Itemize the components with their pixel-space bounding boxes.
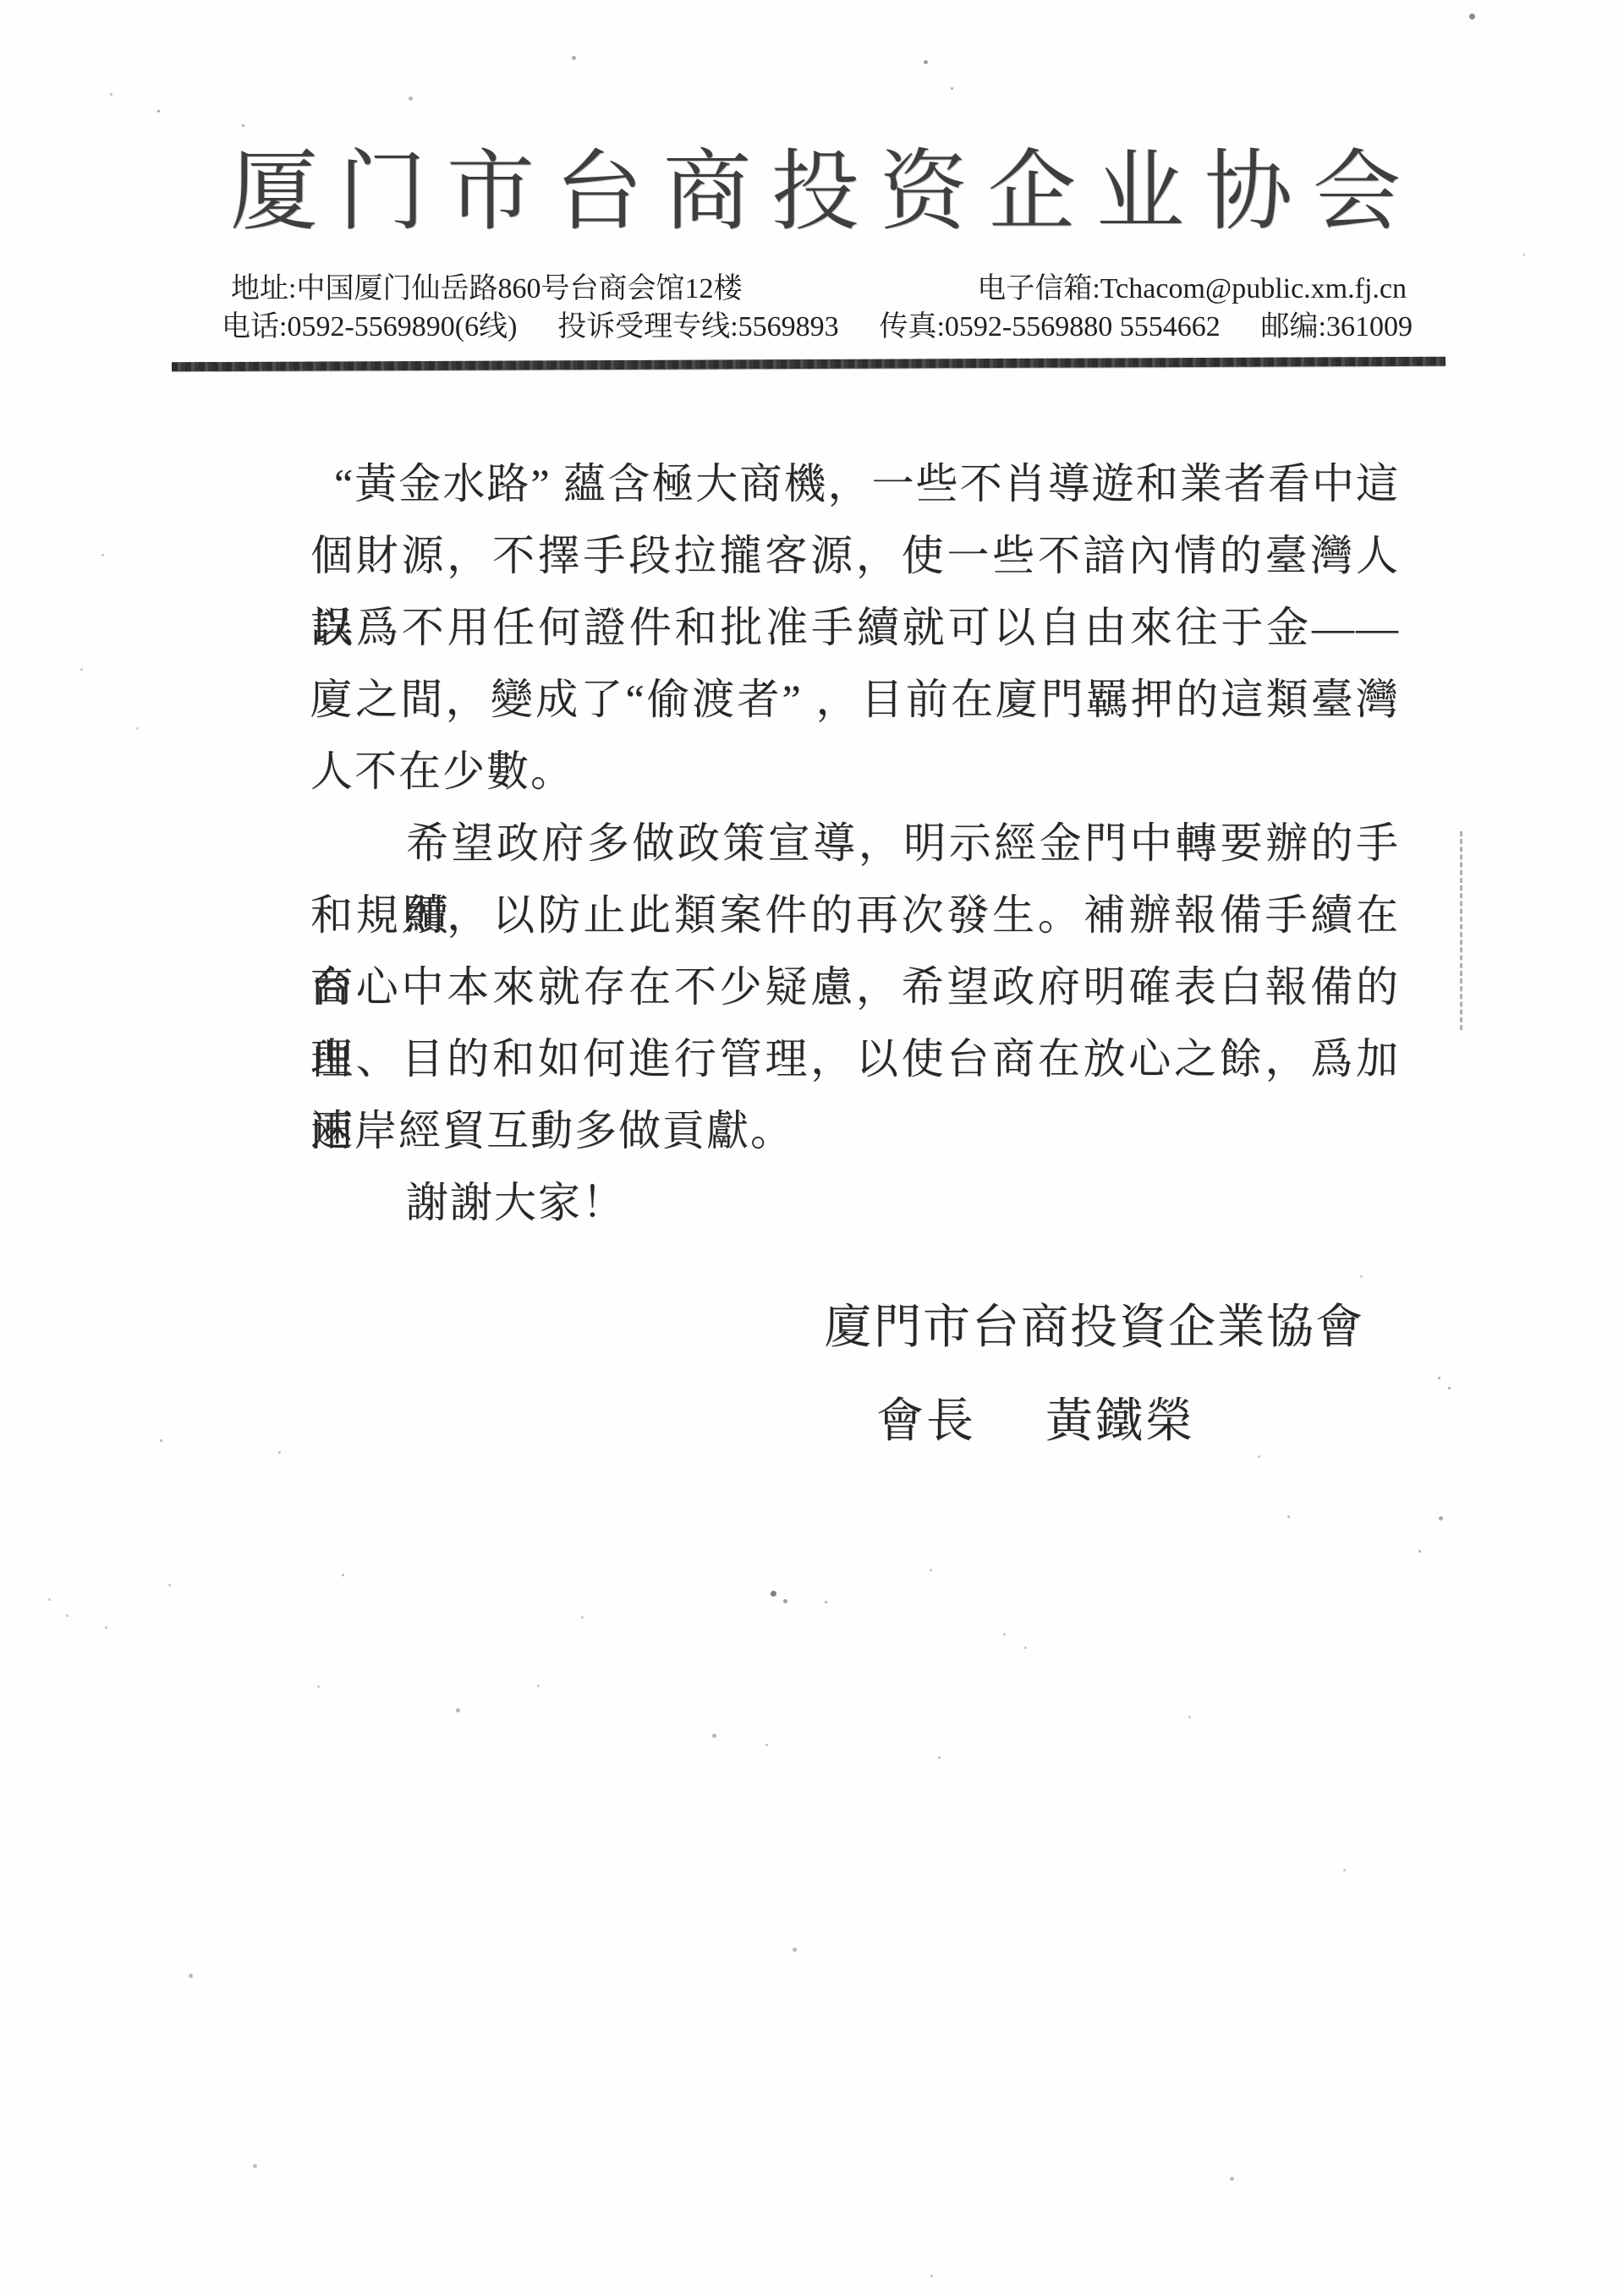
letterhead-phone: 电话:0592-5569890(6线) xyxy=(222,310,517,345)
scanned-letter-page: { "letterhead": { "org_name": "厦门市台商投资企业… xyxy=(0,0,1624,2296)
body-line: 希望政府多做政策宣導，明示經金門中轉要辦的手續 xyxy=(310,808,1400,879)
scan-specks xyxy=(0,0,3,3)
signature-line: 會長黃鐵榮 xyxy=(876,1392,1195,1451)
body-line: “黃金水路” 蘊含極大商機，一些不肖導遊和業者看中這 xyxy=(310,448,1400,520)
letterhead-divider-rule xyxy=(172,357,1446,372)
body-line: 廈之間，變成了“偷渡者” ，目前在廈門羈押的這類臺灣 xyxy=(310,664,1400,736)
letterhead-contact-row-2: 电话:0592-5569890(6线) 投诉受理专线:5569893 传真:05… xyxy=(222,310,1413,345)
body-line: 人不在少數。 xyxy=(310,736,1400,808)
signature-title: 會長 xyxy=(876,1395,976,1448)
letterhead-fax: 传真:0592-5569880 5554662 xyxy=(879,310,1220,345)
body-line: 商心中本來就存在不少疑慮，希望政府明確表白報備的理 xyxy=(310,951,1400,1023)
letterhead-complaint-hotline: 投诉受理专线:5569893 xyxy=(557,310,838,345)
body-line: 以爲不用任何證件和批准手續就可以自由來往于金—— xyxy=(310,592,1400,664)
letterhead-org-title: 厦门市台商投资企业协会 xyxy=(230,142,1431,244)
letter-body: “黃金水路” 蘊含極大商機，一些不肖導遊和業者看中這 個財源，不擇手段拉攏客源，… xyxy=(310,448,1400,1239)
body-line: 由、目的和如何進行管理，以使台商在放心之餘，爲加速 xyxy=(310,1023,1400,1095)
body-line: 和規則，以防止此類案件的再次發生。補辦報備手續在台 xyxy=(310,879,1400,951)
letterhead-address: 地址:中国厦门仙岳路860号台商会馆12楼 xyxy=(231,272,742,306)
signature-org: 廈門市台商投資企業協會 xyxy=(825,1298,1364,1357)
letterhead-email: 电子信箱:Tchacom@public.xm.fj.cn xyxy=(977,272,1407,306)
letterhead-postcode: 邮编:361009 xyxy=(1261,310,1413,345)
letterhead-contact-row-1: 地址:中国厦门仙岳路860号台商会馆12楼 电子信箱:Tchacom@publi… xyxy=(231,272,1407,306)
body-line: 兩岸經貿互動多做貢獻。 xyxy=(310,1095,1400,1167)
scan-dashed-artifact xyxy=(1460,831,1462,1030)
body-line: 謝謝大家！ xyxy=(310,1167,1400,1239)
body-line: 個財源，不擇手段拉攏客源，使一些不諳內情的臺灣人誤 xyxy=(310,520,1400,592)
signature-name: 黃鐵榮 xyxy=(1045,1395,1195,1448)
